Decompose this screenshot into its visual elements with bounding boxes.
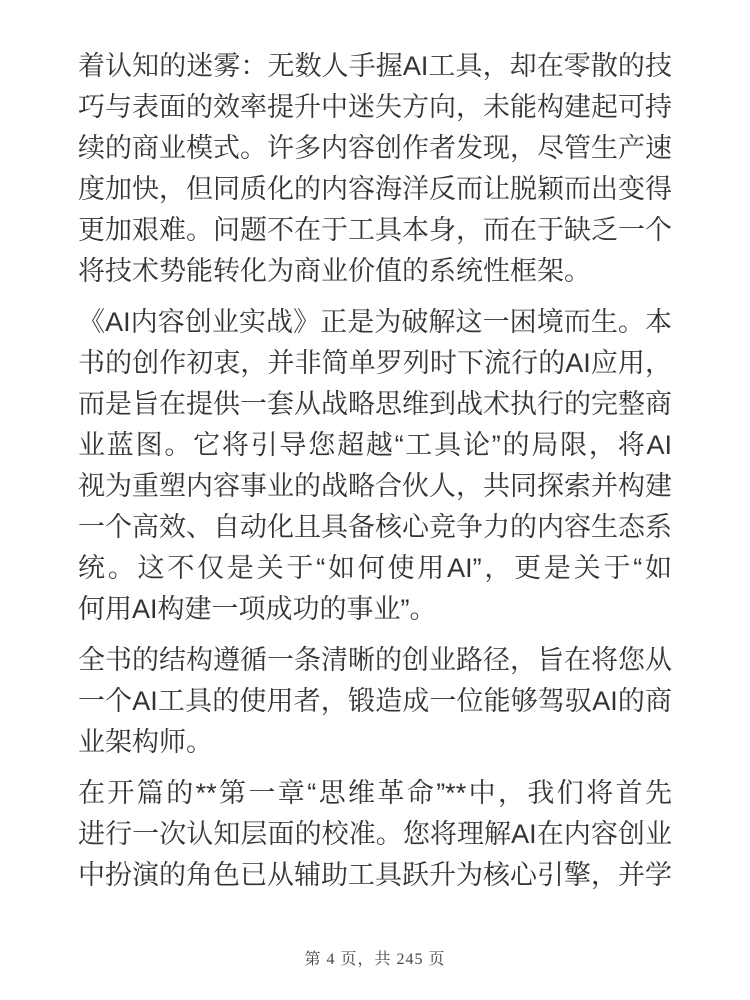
page-footer: 第 4 页，共 245 页 <box>0 946 750 969</box>
text-line: 巧与表面的效率提升中迷失方向，未能构建起可持 <box>78 87 672 128</box>
page-number-indicator: 第 4 页，共 245 页 <box>304 951 445 968</box>
text-line: 视为重塑内容事业的战略合伙人，共同探索并构建 <box>78 466 672 507</box>
document-page: 着认知的迷雾：无数人手握AI工具，却在零散的技巧与表面的效率提升中迷失方向，未能… <box>0 0 750 1000</box>
paragraph: 《AI内容创业实战》正是为破解这一困境而生。本书的创作初衷，并非简单罗列时下流行… <box>78 302 672 630</box>
text-line: 更加艰难。问题不在于工具本身，而在于缺乏一个 <box>78 210 672 251</box>
text-line: 一个AI工具的使用者，锻造成一位能够驾驭AI的商 <box>78 681 672 722</box>
text-line: 一个高效、自动化且具备核心竞争力的内容生态系 <box>78 507 672 548</box>
text-line: 全书的结构遵循一条清晰的创业路径，旨在将您从 <box>78 640 672 681</box>
text-line: 度加快，但同质化的内容海洋反而让脱颖而出变得 <box>78 169 672 210</box>
text-line: 业蓝图。它将引导您超越“工具论”的局限，将AI <box>78 425 672 466</box>
paragraph: 全书的结构遵循一条清晰的创业路径，旨在将您从一个AI工具的使用者，锻造成一位能够… <box>78 640 672 763</box>
text-line: 将技术势能转化为商业价值的系统性框架。 <box>78 251 672 292</box>
text-line: 在开篇的**第一章“思维革命”**中，我们将首先 <box>78 773 672 814</box>
text-line: 中扮演的角色已从辅助工具跃升为核心引擎，并学 <box>78 855 672 896</box>
text-line: 着认知的迷雾：无数人手握AI工具，却在零散的技 <box>78 46 672 87</box>
text-line: 统。这不仅是关于“如何使用AI”，更是关于“如 <box>78 548 672 589</box>
text-line: 何用AI构建一项成功的事业”。 <box>78 589 672 630</box>
text-line: 书的创作初衷，并非简单罗列时下流行的AI应用， <box>78 343 672 384</box>
text-line: 进行一次认知层面的校准。您将理解AI在内容创业 <box>78 814 672 855</box>
paragraph: 在开篇的**第一章“思维革命”**中，我们将首先进行一次认知层面的校准。您将理解… <box>78 773 672 896</box>
paragraph: 着认知的迷雾：无数人手握AI工具，却在零散的技巧与表面的效率提升中迷失方向，未能… <box>78 46 672 292</box>
text-line: 《AI内容创业实战》正是为破解这一困境而生。本 <box>78 302 672 343</box>
text-content: 着认知的迷雾：无数人手握AI工具，却在零散的技巧与表面的效率提升中迷失方向，未能… <box>78 46 672 906</box>
text-line: 而是旨在提供一套从战略思维到战术执行的完整商 <box>78 384 672 425</box>
text-line: 业架构师。 <box>78 722 672 763</box>
text-line: 续的商业模式。许多内容创作者发现，尽管生产速 <box>78 128 672 169</box>
